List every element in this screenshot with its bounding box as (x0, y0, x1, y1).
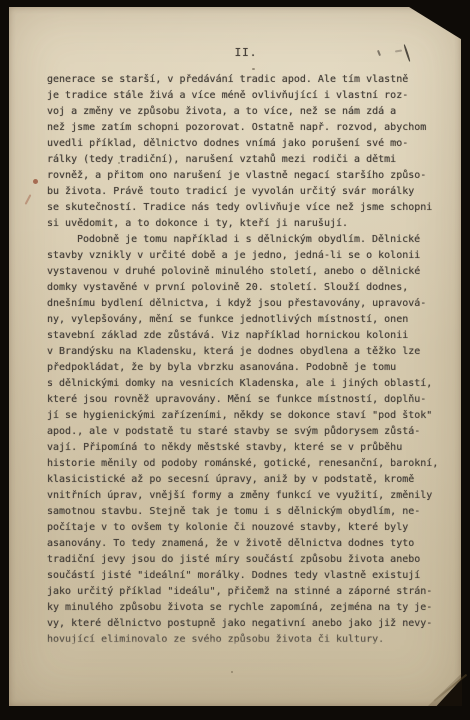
scanned-document: II. generace se starší, v předávání trad… (0, 0, 470, 720)
text-line: ky minulého způsobu života se rychle zap… (47, 600, 445, 616)
text-line: generace se starší, v předávání tradic a… (47, 72, 445, 88)
document-text-column: II. generace se starší, v předávání trad… (47, 45, 445, 648)
text-line: jí se hygienickými zařízeními, někdy se … (47, 408, 445, 424)
text-line: stavební základ zde zůstává. Viz napříkl… (47, 328, 445, 344)
text-line: tradiční jevy jsou do jisté míry součást… (47, 552, 445, 568)
speck-mark (395, 141, 397, 143)
text-line: ny, vylepšovány, mění se funkce jednotli… (47, 312, 445, 328)
text-line: domky vystavěné v první polovině 20. sto… (47, 280, 445, 296)
text-line: klasicistické až po secesní úpravy, aniž… (47, 472, 445, 488)
text-line: rálky (tedy tradiční), narušení vztahů m… (47, 152, 445, 168)
text-line: samotnou stavbu. Stejně tak je tomu i s … (47, 504, 445, 520)
text-line: v Brandýsku na Kladensku, která je dodne… (47, 344, 445, 360)
pencil-dot-mark (252, 68, 255, 70)
text-line: voj a změny ve způsobu života, a to více… (47, 104, 445, 120)
text-line: vy, které dělnictvo postupně jako negati… (47, 616, 445, 632)
speck-mark (118, 162, 120, 164)
text-line: Podobně je tomu například i s dělnickým … (47, 232, 445, 248)
text-line: apod., ale v podstatě tu staré stavby se… (47, 424, 445, 440)
text-line: dnešnímu bydlení dělnictva, i když jsou … (47, 296, 445, 312)
text-line: než jsme zatím schopni pozorovat. Ostatn… (47, 120, 445, 136)
text-line: historie měnily od podoby románské, goti… (47, 456, 445, 472)
text-line: uvedli příklad, dělnictvo dodnes vnímá j… (47, 136, 445, 152)
speck-mark (231, 671, 233, 673)
text-line: asanovány. To tedy znamená, že v životě … (47, 536, 445, 552)
text-line: počítaje v to ovšem ty kolonie či nouzov… (47, 520, 445, 536)
text-line: bu života. Právě touto tradicí je vyvolá… (47, 184, 445, 200)
text-line: vají. Připomíná to někdy městské stavby,… (47, 440, 445, 456)
text-line: předpokládat, že by byla vbrzku asanován… (47, 360, 445, 376)
document-body: generace se starší, v předávání tradic a… (47, 72, 445, 648)
text-line: vystavenou v druhé polovině minulého sto… (47, 264, 445, 280)
text-line: které jsou rovněž upravovány. Mění se fu… (47, 392, 445, 408)
text-line: hovující eliminovalo ze svého způsobu ži… (47, 632, 445, 648)
text-line: s dělnickými domky na vesnicích Kladensk… (47, 376, 445, 392)
text-line: si uvědomit, a to dokonce i ty, kteří ji… (47, 216, 445, 232)
text-line: jako určitý příklad "ideálu", přičemž na… (47, 584, 445, 600)
text-line: rovněž, a přitom ono narušení je vlastně… (47, 168, 445, 184)
page-number-heading: II. (47, 45, 445, 61)
red-dot-mark (33, 179, 38, 184)
text-line: se skutečností. Tradice nás tedy ovlivňu… (47, 200, 445, 216)
text-line: je tradice stále živá a více méně ovlivň… (47, 88, 445, 104)
text-line: stavby vznikly v určité době a je jedno,… (47, 248, 445, 264)
text-line: součástí jisté "ideální" morálky. Dodnes… (47, 568, 445, 584)
text-line: vnitřních úprav, vnější formy a změny fu… (47, 488, 445, 504)
